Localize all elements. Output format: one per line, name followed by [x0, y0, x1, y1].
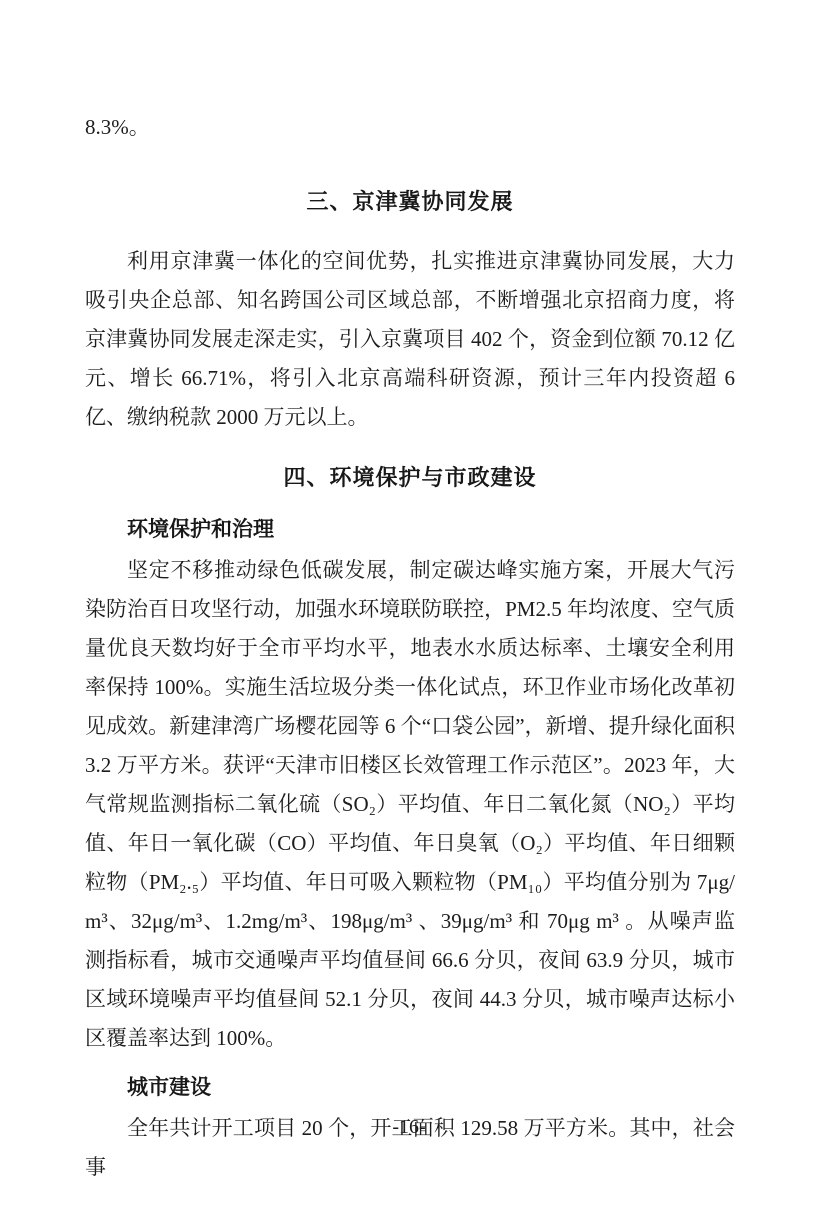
document-page: 8.3%。 三、京津冀协同发展 利用京津冀一体化的空间优势，扎实推进京津冀协同发…	[0, 0, 818, 1228]
section-heading-environment: 四、环境保护与市政建设	[85, 463, 735, 493]
carryover-paragraph-line: 8.3%。	[85, 108, 735, 147]
subsection-heading-environment-protection: 环境保护和治理	[85, 515, 735, 545]
paragraph-jingjinji: 利用京津冀一体化的空间优势，扎实推进京津冀协同发展，大力吸引央企总部、知名跨国公…	[85, 242, 735, 437]
subsection-heading-city-construction: 城市建设	[85, 1073, 735, 1103]
section-heading-jingjinji: 三、京津冀协同发展	[85, 187, 735, 217]
paragraph-environment-protection: 坚定不移推动绿色低碳发展，制定碳达峰实施方案，开展大气污染防治百日攻坚行动，加强…	[85, 551, 735, 1058]
page-number: -16-	[0, 1114, 818, 1140]
